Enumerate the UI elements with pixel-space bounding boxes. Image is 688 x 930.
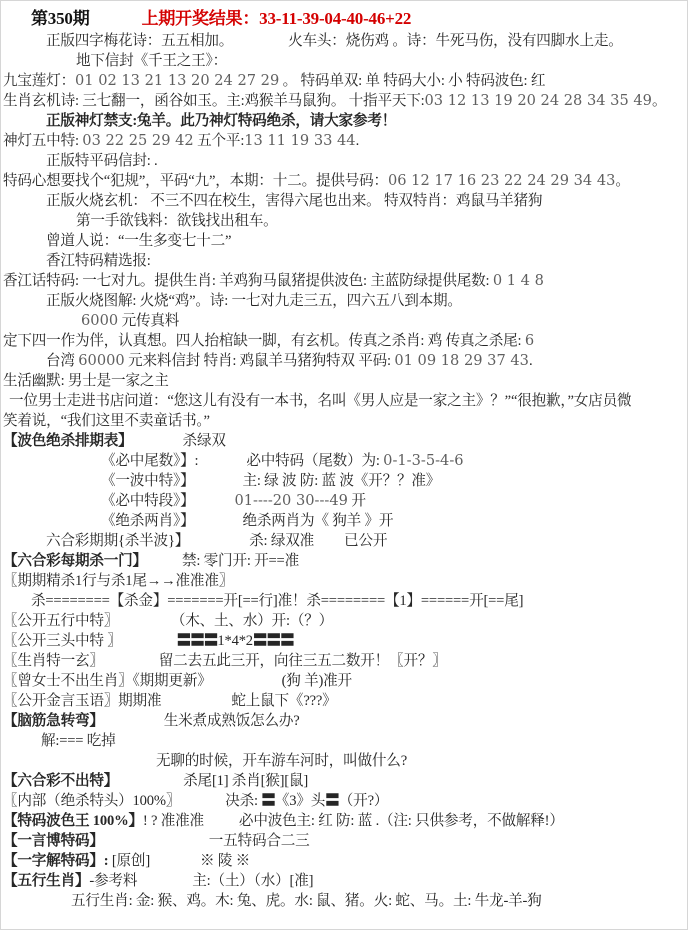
text-line-30: 〖公开三头中特 〗〓〓〓1*4*2〓〓〓 <box>3 631 687 651</box>
text-segment: 01----20 30---49 <box>234 492 347 509</box>
text-line-25: 六合彩期期{杀半波}】杀: 绿双准已公开 <box>46 531 687 551</box>
text-line-3: 生肖玄机诗: 三七翻一，函谷如玉。主:鸡猴羊马鼠狗。 十指平天下:03 12 1… <box>3 91 687 111</box>
text-segment: 禁: 零门开: 开==准 <box>182 553 299 569</box>
text-line-27: 〖期期精杀1行与杀1尾→→准准准〗 <box>3 571 687 591</box>
text-segment: 《必中尾数》】: <box>101 453 198 469</box>
text-line-23: 《必中特段》】01----20 30---49 开 <box>101 491 687 511</box>
text-segment: （开?） <box>339 793 388 809</box>
text-segment: 五行生肖: 金: 猴、鸡。木: 兔、虎。水: 鼠、猪。火: 蛇、马。土: 牛龙-… <box>71 893 542 909</box>
text-segment: 。 <box>652 93 666 109</box>
text-segment: ※ 陵 ※ <box>200 853 250 869</box>
text-line-19: 笑着说，“我们这里不卖童话书。” <box>3 411 687 431</box>
text-line-31: 〖生肖特一玄〗留二去五此三开，向往三五二数开！〖开？〗 <box>3 651 687 671</box>
text-segment: 01 02 13 21 13 20 24 27 29 <box>75 72 279 89</box>
text-segment: （木、土、水）开:（？） <box>178 613 333 629</box>
text-segment: 笑着说，“我们这里不卖童话书。” <box>3 413 210 429</box>
text-segment: 香江话特码: 一七对九。提供生肖: 羊鸡狗马鼠猪提供波色: 主蓝防绿提供尾数: <box>3 273 493 289</box>
text-segment: 杀========【杀金】=======开[==行]准！杀========【1】… <box>31 593 523 609</box>
text-line-29: 〖公开五行中特〗（木、土、水）开:（？） <box>3 611 687 631</box>
text-line-42: 【五行生肖】-参考料主:（土）（水）[准] <box>3 871 687 891</box>
text-line-5: 神灯五中特: 03 22 25 29 42 五个平:13 11 19 33 44… <box>3 131 687 151</box>
text-segment: 主:（土）（水）[准] <box>192 873 313 889</box>
text-line-40: 【一言博特码】一五特码合二三 <box>3 831 687 851</box>
text-segment: 台湾 <box>46 353 78 369</box>
text-segment: 生米煮成熟饭怎么办? <box>164 713 300 729</box>
text-segment: -参考料 <box>89 873 137 889</box>
text-line-1: 地下信封《千王之王》： <box>76 51 687 71</box>
text-segment: 六合彩期期{杀半波}】 <box>46 533 189 549</box>
text-segment: 生肖玄机诗: 三七翻一，函谷如玉。主:鸡猴羊马鼠狗。 十指平天下: <box>3 93 425 109</box>
text-segment: 正版火烧图解: 火烧“鸡”。诗: 一七对九走三五，四六五八到本期。 <box>46 293 462 309</box>
text-segment: 《绝杀两肖》】 <box>101 513 194 529</box>
text-line-16: 台湾 60000 元来料信封 特肖: 鸡鼠羊马猪狗特双 平码: 01 09 18… <box>46 351 687 371</box>
text-segment: 正版四字梅花诗：五五相加。 <box>46 33 233 49</box>
text-segment: 03 12 13 19 20 24 28 34 35 49 <box>425 92 652 109</box>
text-segment: 必中特码（尾数）为: <box>246 453 383 469</box>
text-segment: 【一言博特码】 <box>3 833 104 849</box>
page-header: 第350期 上期开奖结果：33-11-39-04-40-46+22 <box>1 6 687 31</box>
text-segment: 生活幽默: 男士是一家之主 <box>3 373 169 389</box>
text-segment: 【波色绝杀排期表】 <box>3 433 133 449</box>
text-line-33: 〖公开金言玉语〗期期准蛇上鼠下《???》 <box>3 691 687 711</box>
text-line-41: 【一字解特码】: [原创]※ 陵 ※ <box>3 851 687 871</box>
text-segment: 【一字解特码】: <box>3 853 108 869</box>
text-line-9: 第一手欲钱料：欲钱找出租车。 <box>76 211 687 231</box>
text-segment: 【特码波色王 100%】 <box>3 813 143 829</box>
text-segment: 绝杀两肖为《 狗羊 》开 <box>242 513 393 529</box>
text-line-14: 6000 元传真料 <box>81 311 687 331</box>
text-line-43: 五行生肖: 金: 猴、鸡。木: 兔、虎。水: 鼠、猪。火: 蛇、马。土: 牛龙-… <box>71 891 687 911</box>
text-segment: 【五行生肖】 <box>3 873 89 889</box>
text-segment: 01 09 18 29 37 43 <box>394 352 529 369</box>
text-segment: 神灯五中特: <box>3 133 82 149</box>
text-line-10: 曾道人说：“一生多变七十二” <box>46 231 687 251</box>
text-segment: 〓 <box>261 793 275 809</box>
text-segment: 留二去五此三开，向往三五二数开！〖开？〗 <box>159 653 447 669</box>
text-segment: 杀尾[1] 杀肖[猴][鼠] <box>183 773 308 789</box>
text-segment: 〓〓〓 <box>253 633 294 649</box>
text-segment: 主: 绿 波 防: 蓝 波《开？？准》 <box>242 473 440 489</box>
text-segment: 九宝莲灯： <box>3 73 75 89</box>
text-segment: (狗 羊)准开 <box>282 673 352 689</box>
text-segment: 必中波色主: 红 防: 蓝 .（注: 只供参考，不做解释!） <box>239 813 564 829</box>
text-segment: 〖公开三头中特 〗 <box>3 633 122 649</box>
text-segment: 曾道人说：“一生多变七十二” <box>46 233 231 249</box>
text-segment: 【六合彩每期杀一门】 <box>3 553 147 569</box>
text-segment: 已公开 <box>344 533 387 549</box>
text-segment: 定下四一作为伴，认真想。四人抬棺缺一脚，有玄机。传真之杀肖: 鸡 传真之杀尾: <box>3 333 525 349</box>
text-line-12: 香江话特码: 一七对九。提供生肖: 羊鸡狗马鼠猪提供波色: 主蓝防绿提供尾数: … <box>3 271 687 291</box>
issue-number: 第350期 <box>31 9 90 28</box>
text-segment: 《必中特段》】 <box>101 493 194 509</box>
text-segment: 〖内部（绝杀特头）100%〗 <box>3 793 180 809</box>
text-line-6: 正版特平码信封: . <box>46 151 687 171</box>
text-segment: 《3》头 <box>275 793 325 809</box>
text-segment: 【六合彩不出特】 <box>3 773 118 789</box>
text-line-15: 定下四一作为伴，认真想。四人抬棺缺一脚，有玄机。传真之杀肖: 鸡 传真之杀尾: … <box>3 331 687 351</box>
text-segment: . <box>356 133 359 149</box>
text-segment: 〖公开金言玉语〗期期准 <box>3 693 161 709</box>
text-segment: 〖曾女士不出生肖〗《期期更新》 <box>3 673 212 689</box>
text-segment: 正版火烧玄机： 不三不四在校生，害得六尾也出来。 特双特肖：鸡鼠马羊猪狗 <box>46 193 542 209</box>
text-line-11: 香江特码精选报: <box>46 251 687 271</box>
text-line-39: 【特码波色王 100%】! ? 准准准必中波色主: 红 防: 蓝 .（注: 只供… <box>3 811 687 831</box>
text-line-32: 〖曾女士不出生肖〗《期期更新》(狗 羊)准开 <box>3 671 687 691</box>
text-segment: 五个平: <box>194 133 245 149</box>
text-segment: 元来料信封 特肖: 鸡鼠羊马猪狗特双 平码: <box>125 353 395 369</box>
text-segment: 〖公开五行中特〗 <box>3 613 118 629</box>
text-segment: 香江特码精选报: <box>46 253 151 269</box>
text-line-22: 《一波中特》】主: 绿 波 防: 蓝 波《开？？准》 <box>101 471 687 491</box>
text-segment: . <box>529 353 532 369</box>
text-segment: 一位男士走进书店问道：“您这儿有没有一本书，名叫《男人应是一家之主》？”“很抱歉… <box>9 393 631 409</box>
text-line-21: 《必中尾数》】:必中特码（尾数）为: 0-1-3-5-4-6 <box>101 451 687 471</box>
text-segment: 《一波中特》】 <box>101 473 194 489</box>
text-segment: 06 12 17 16 23 22 24 29 34 43 <box>388 172 615 189</box>
text-segment: 解:=== 吃掉 <box>41 733 116 749</box>
text-segment: 。 特码单双: 单 特码大小: 小 特码波色: 红 <box>279 73 545 89</box>
text-segment: 〖期期精杀1行与杀1尾→→准准准〗 <box>3 573 233 589</box>
text-segment: 【脑筋急转弯】 <box>3 713 104 729</box>
text-segment: 正版神灯禁支:兔羊。此乃神灯特码绝杀，请大家参考！ <box>46 113 396 129</box>
text-segment: 0 1 4 8 <box>493 272 544 289</box>
text-line-13: 正版火烧图解: 火烧“鸡”。诗: 一七对九走三五，四六五八到本期。 <box>46 291 687 311</box>
text-segment: 13 11 19 33 44 <box>244 132 355 149</box>
text-segment: 〓〓〓 <box>177 633 218 649</box>
text-line-4: 正版神灯禁支:兔羊。此乃神灯特码绝杀，请大家参考！ <box>46 111 687 131</box>
text-line-34: 【脑筋急转弯】生米煮成熟饭怎么办? <box>3 711 687 731</box>
text-segment: 特码心想要找个“犯规”，平码“九”，本期：十二。提供号码： <box>3 173 388 189</box>
text-segment: 杀: 绿双准 <box>249 533 314 549</box>
text-segment: 6 <box>525 332 534 349</box>
text-segment: 杀绿双 <box>183 433 226 449</box>
text-line-37: 【六合彩不出特】杀尾[1] 杀肖[猴][鼠] <box>3 771 687 791</box>
text-line-26: 【六合彩每期杀一门】禁: 零门开: 开==准 <box>3 551 687 571</box>
text-line-24: 《绝杀两肖》】绝杀两肖为《 狗羊 》开 <box>101 511 687 531</box>
text-line-20: 【波色绝杀排期表】杀绿双 <box>3 431 687 451</box>
text-segment: 0-1-3-5-4-6 <box>383 452 463 469</box>
text-line-2: 九宝莲灯：01 02 13 21 13 20 24 27 29 。 特码单双: … <box>3 71 687 91</box>
text-segment: ! ? 准准准 <box>143 813 204 829</box>
text-segment: 第一手欲钱料：欲钱找出租车。 <box>76 213 278 229</box>
text-line-8: 正版火烧玄机： 不三不四在校生，害得六尾也出来。 特双特肖：鸡鼠马羊猪狗 <box>46 191 687 211</box>
text-segment: 蛇上鼠下《???》 <box>231 693 336 709</box>
text-line-35: 解:=== 吃掉 <box>41 731 687 751</box>
text-segment: 地下信封《千王之王》： <box>76 53 227 69</box>
last-draw-result: 上期开奖结果：33-11-39-04-40-46+22 <box>142 9 412 28</box>
text-segment: 6000 <box>81 312 118 329</box>
text-segment: 1*4*2 <box>217 633 253 649</box>
text-segment: [原创] <box>108 853 150 869</box>
text-line-28: 杀========【杀金】=======开[==行]准！杀========【1】… <box>31 591 687 611</box>
text-segment: 无聊的时候，开车游车河时，叫做什么? <box>156 753 407 769</box>
text-segment: 开 <box>348 493 366 509</box>
text-segment: 火车头：烧伤鸡 。诗：牛死马伤，没有四脚水上走。 <box>288 33 623 49</box>
text-segment: 元传真料 <box>118 313 179 329</box>
text-line-7: 特码心想要找个“犯规”，平码“九”，本期：十二。提供号码：06 12 17 16… <box>3 171 687 191</box>
text-segment: 〖生肖特一玄〗 <box>3 653 104 669</box>
text-line-0: 正版四字梅花诗：五五相加。火车头：烧伤鸡 。诗：牛死马伤，没有四脚水上走。 <box>46 31 687 51</box>
text-segment: 〓 <box>325 793 339 809</box>
body-text: 正版四字梅花诗：五五相加。火车头：烧伤鸡 。诗：牛死马伤，没有四脚水上走。地下信… <box>1 31 687 911</box>
text-line-17: 生活幽默: 男士是一家之主 <box>3 371 687 391</box>
lottery-tip-sheet: 第350期 上期开奖结果：33-11-39-04-40-46+22 正版四字梅花… <box>0 0 688 930</box>
text-segment: 。 <box>615 173 629 189</box>
text-segment: 正版特平码信封: . <box>46 153 158 169</box>
text-line-18: 一位男士走进书店问道：“您这儿有没有一本书，名叫《男人应是一家之主》？”“很抱歉… <box>9 391 687 411</box>
text-segment: 决杀: <box>225 793 261 809</box>
text-segment: 60000 <box>78 352 124 369</box>
text-segment: 03 22 25 29 42 <box>82 132 193 149</box>
text-line-36: 无聊的时候，开车游车河时，叫做什么? <box>156 751 687 771</box>
text-line-38: 〖内部（绝杀特头）100%〗决杀: 〓《3》头〓（开?） <box>3 791 687 811</box>
text-segment: 一五特码合二三 <box>209 833 310 849</box>
